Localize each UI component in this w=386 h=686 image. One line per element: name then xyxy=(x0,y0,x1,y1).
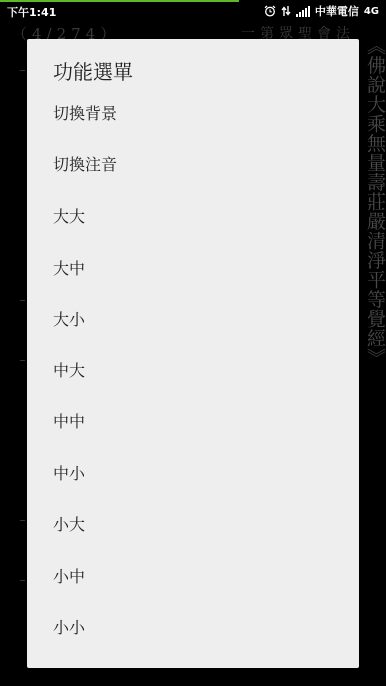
alarm-icon xyxy=(264,5,276,17)
dialog-title: 功能選單 xyxy=(53,58,133,86)
network-type: 4G xyxy=(364,6,379,17)
status-bar: 下午1:41 中華電信 4G xyxy=(0,0,386,20)
function-menu-dialog: 功能選單 切換背景 切換注音 大大 大中 大小 中大 中中 中小 小大 小中 小… xyxy=(27,39,359,668)
carrier-name: 中華電信 xyxy=(315,3,359,19)
menu-item-size-large-large[interactable]: 大大 xyxy=(27,190,359,241)
menu-item-size-small-large[interactable]: 小大 xyxy=(27,498,359,549)
menu-item-toggle-background[interactable]: 切換背景 xyxy=(27,87,359,138)
book-title: 《佛說大乘無量壽莊嚴清淨平等覺經》 xyxy=(362,36,384,368)
menu-item-size-small-medium[interactable]: 小中 xyxy=(27,550,359,601)
background-text-fragments xyxy=(20,60,26,620)
menu-item-size-large-small[interactable]: 大小 xyxy=(27,293,359,344)
menu-item-toggle-phonetic[interactable]: 切換注音 xyxy=(27,138,359,189)
menu-item-size-large-medium[interactable]: 大中 xyxy=(27,242,359,293)
menu-item-size-small-small[interactable]: 小小 xyxy=(27,601,359,652)
signal-icon xyxy=(296,6,310,17)
menu-item-size-medium-small[interactable]: 中小 xyxy=(27,447,359,498)
status-time: 下午1:41 xyxy=(7,4,56,20)
data-transfer-icon xyxy=(281,5,291,17)
status-icons: 中華電信 4G xyxy=(264,3,379,19)
menu-item-size-medium-medium[interactable]: 中中 xyxy=(27,395,359,446)
menu-item-size-medium-large[interactable]: 中大 xyxy=(27,344,359,395)
